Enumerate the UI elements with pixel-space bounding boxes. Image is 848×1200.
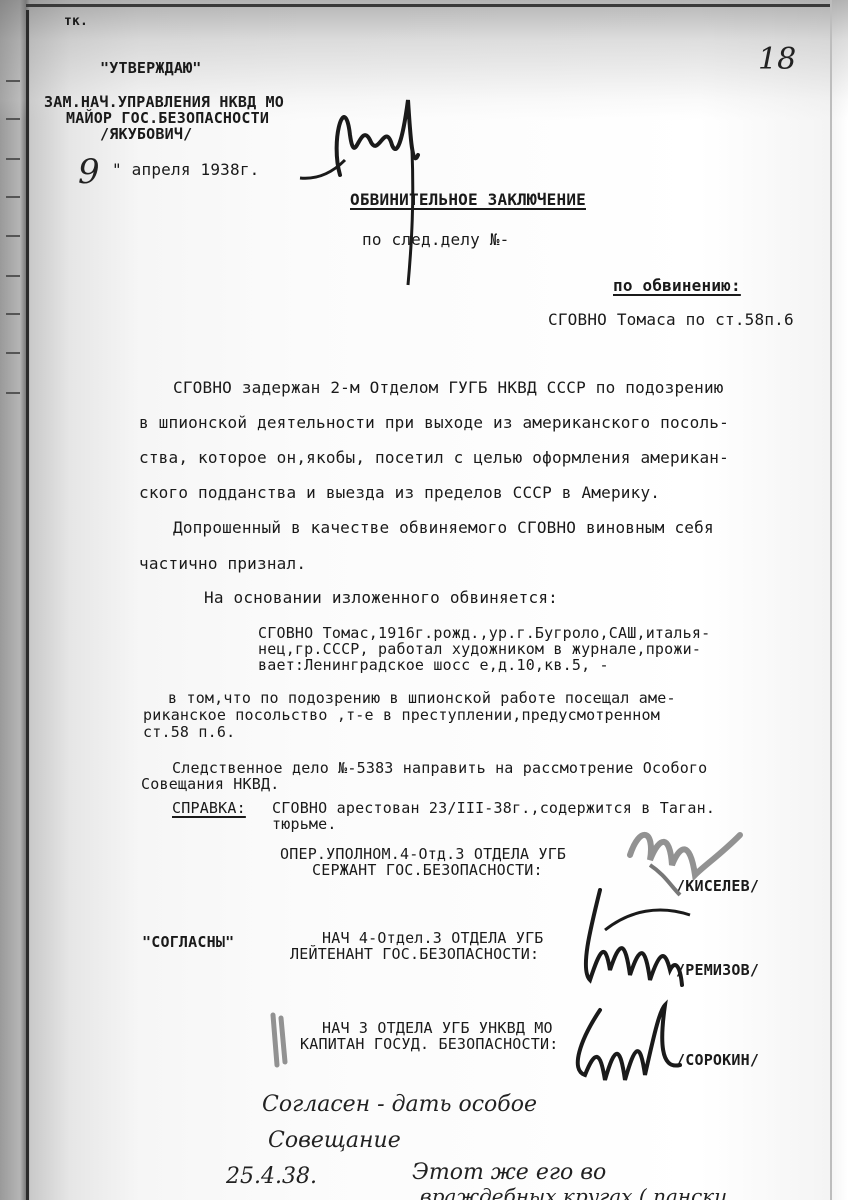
note-text-line: СГОВНО арестован 23/III-38г.,содержится …	[272, 800, 715, 816]
page-top-edge	[26, 4, 831, 7]
margin-tick	[6, 158, 20, 160]
resolution-line-3: Этот же его во	[412, 1160, 606, 1185]
resolution-line-1: Согласен - дать особое	[262, 1092, 537, 1117]
accusation-label: по обвинению:	[613, 278, 741, 294]
signatory-3-line-1: НАЧ 3 ОТДЕЛА УГБ УНКВД МО	[322, 1020, 553, 1036]
disposition-line: Следственное дело №-5383 направить на ра…	[172, 760, 707, 776]
margin-tick	[6, 196, 20, 198]
signatory-2-line-1: НАЧ 4-Отдел.3 ОТДЕЛА УГБ	[322, 930, 544, 946]
handwritten-day: 9	[78, 152, 100, 192]
charge-text-line: риканское посольство ,т-е в преступлении…	[143, 707, 660, 723]
note-text-line: тюрьме.	[272, 816, 337, 832]
case-reference: по след.делу №-	[362, 232, 510, 248]
approval-signature	[300, 60, 430, 300]
margin-tick	[6, 235, 20, 237]
approval-heading: "УТВЕРЖДАЮ"	[100, 60, 202, 76]
margin-tick	[6, 392, 20, 394]
accused-details-line: нец,гр.СССР, работал художником в журнал…	[258, 641, 701, 657]
handwritten-page-number: 18	[758, 42, 796, 77]
charge-text-line: ст.58 п.6.	[143, 724, 235, 740]
approval-line-3: /ЯКУБОВИЧ/	[100, 126, 192, 142]
signatory-1-line-2: СЕРЖАНТ ГОС.БЕЗОПАСНОСТИ:	[312, 862, 543, 878]
signature-sorokin	[560, 990, 690, 1090]
paragraph-2-line: Допрошенный в качестве обвиняемого СГОВН…	[173, 520, 714, 536]
paragraph-2-line: частично признал.	[139, 556, 306, 572]
accused-line: СГОВНО Томаса по ст.58п.6	[548, 312, 794, 328]
resolution-line-2: Совещание	[268, 1128, 401, 1153]
approval-line-1: ЗАМ.НАЧ.УПРАВЛЕНИЯ НКВД МО	[44, 94, 284, 110]
margin-tick	[6, 118, 20, 120]
approval-line-2: МАЙОР ГОС.БЕЗОПАСНОСТИ	[66, 110, 269, 126]
resolution-date: 25.4.38.	[226, 1164, 317, 1189]
page-right-edge	[830, 0, 832, 1200]
paragraph-1-line: ского подданства и выезда из пределов СС…	[139, 485, 660, 501]
margin-tick	[6, 352, 20, 354]
margin-tick	[6, 313, 20, 315]
document-title: ОБВИНИТЕЛЬНОЕ ЗАКЛЮЧЕНИЕ	[350, 192, 586, 208]
margin-tick	[6, 80, 20, 82]
binding-edge	[26, 10, 29, 1200]
charge-intro: На основании изложенного обвиняется:	[204, 590, 558, 606]
resolution-line-4: враждебных кругах ( пански	[420, 1184, 727, 1200]
approval-date: " апреля 1938г.	[112, 162, 260, 178]
corner-mark: тк.	[64, 14, 88, 30]
note-label: СПРАВКА:	[172, 800, 246, 816]
disposition-line: Совещания НКВД.	[141, 776, 279, 792]
margin-tick	[6, 275, 20, 277]
signatory-2-line-2: ЛЕЙТЕНАНТ ГОС.БЕЗОПАСНОСТИ:	[290, 946, 539, 962]
accused-details-line: СГОВНО Томас,1916г.рожд.,ур.г.Бугроло,СА…	[258, 625, 710, 641]
accused-details-line: вает:Ленинградское шосс е,д.10,кв.5, -	[258, 657, 609, 673]
paragraph-1-line: ства, которое он,якобы, посетил с целью …	[139, 450, 729, 466]
agreed-label: "СОГЛАСНЫ"	[142, 934, 234, 950]
signature-remizov	[570, 870, 710, 1000]
charge-text-line: в том,что по подозрению в шпионской рабо…	[168, 690, 676, 706]
signatory-3-line-2: КАПИТАН ГОСУД. БЕЗОПАСНОСТИ:	[300, 1036, 558, 1052]
pencil-mark	[265, 1010, 295, 1070]
paragraph-1-line: СГОВНО задержан 2-м Отделом ГУГБ НКВД СС…	[173, 380, 724, 396]
paragraph-1-line: в шпионской деятельности при выходе из а…	[139, 415, 729, 431]
signatory-1-line-1: ОПЕР.УПОЛНОМ.4-Отд.3 ОТДЕЛА УГБ	[280, 846, 566, 862]
document-page: тк. 18 "УТВЕРЖДАЮ" ЗАМ.НАЧ.УПРАВЛЕНИЯ НК…	[0, 0, 848, 1200]
